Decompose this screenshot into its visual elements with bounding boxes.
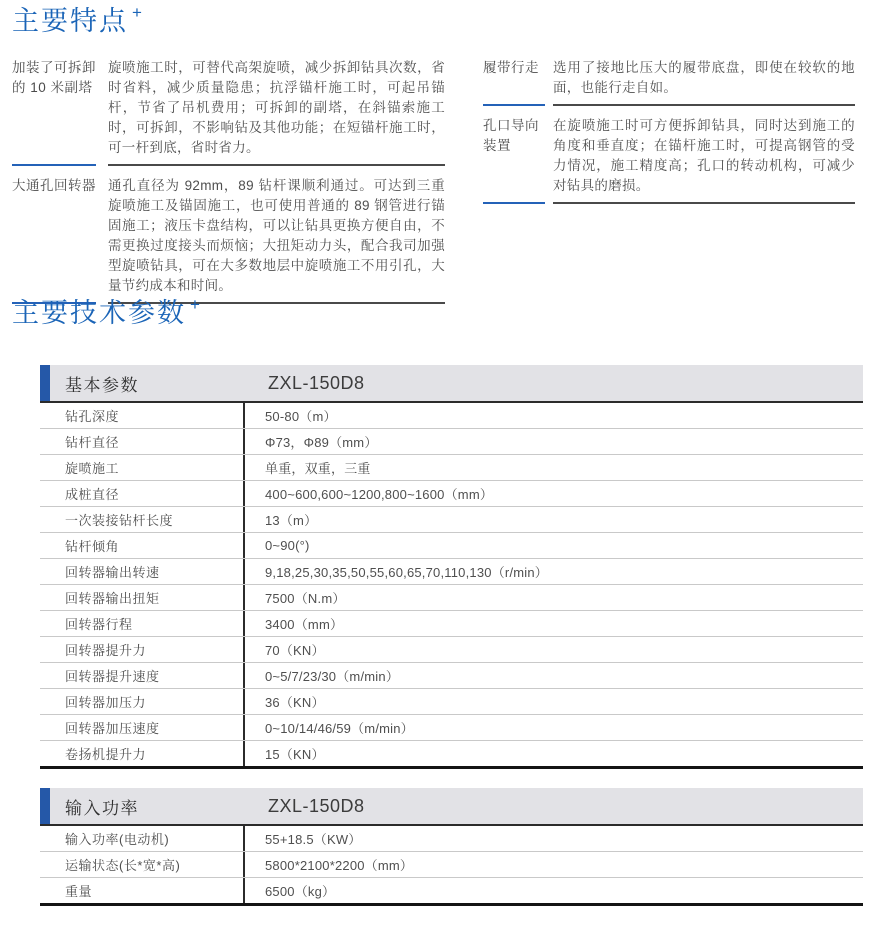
specs-section-title-wrap: 主要技术参数+ — [12, 298, 200, 328]
spec-value: 13（m） — [243, 507, 863, 532]
feature-text: 在旋喷施工时可方便拆卸钻具，同时达到施工的角度和垂直度；在锚杆施工时，可提高钢管… — [553, 116, 855, 204]
spec-value: 36（KN） — [243, 689, 863, 714]
spec-name: 回转器提升力 — [40, 637, 243, 662]
spec-name: 回转器行程 — [40, 611, 243, 636]
spec-value: 3400（mm） — [243, 611, 863, 636]
spec-name: 重量 — [40, 878, 243, 903]
plus-icon: + — [132, 3, 142, 22]
basic-parameters-table: 基本参数 ZXL-150D8 钻孔深度 50-80（m） 钻杆直径 Φ73，Φ8… — [40, 365, 863, 769]
spec-value: 9,18,25,30,35,50,55,60,65,70,110,130（r/m… — [243, 559, 863, 584]
spec-name: 回转器加压力 — [40, 689, 243, 714]
spec-name: 钻孔深度 — [40, 403, 243, 428]
spec-name: 回转器输出扭矩 — [40, 585, 243, 610]
table-row: 一次装接钻杆长度 13（m） — [40, 507, 863, 533]
feature-block-crawler-travel: 履带行走 选用了接地比压大的履带底盘，即使在较软的地面，也能行走自如。 — [483, 58, 855, 106]
specs-section-title: 主要技术参数 — [12, 298, 186, 328]
spec-name: 钻杆直径 — [40, 429, 243, 454]
table-header: 输入功率 ZXL-150D8 — [40, 788, 863, 826]
feature-text: 选用了接地比压大的履带底盘，即使在较软的地面，也能行走自如。 — [553, 58, 855, 106]
table-row: 回转器行程 3400（mm） — [40, 611, 863, 637]
spec-value: 0~90(°) — [243, 533, 863, 558]
table-row: 运输状态(长*宽*高) 5800*2100*2200（mm） — [40, 852, 863, 878]
spec-value: 55+18.5（KW） — [243, 826, 863, 851]
table-row: 回转器输出扭矩 7500（N.m） — [40, 585, 863, 611]
feature-label: 履带行走 — [483, 58, 545, 106]
spec-value: 单重，双重，三重 — [243, 455, 863, 480]
table-header: 基本参数 ZXL-150D8 — [40, 365, 863, 403]
feature-label: 加装了可拆卸的 10 米副塔 — [12, 58, 96, 166]
feature-label: 大通孔回转器 — [12, 176, 96, 304]
spec-value: Φ73，Φ89（mm） — [243, 429, 863, 454]
table-row: 钻杆直径 Φ73，Φ89（mm） — [40, 429, 863, 455]
spec-name: 回转器提升速度 — [40, 663, 243, 688]
table-row: 回转器提升力 70（KN） — [40, 637, 863, 663]
model-label: ZXL-150D8 — [268, 796, 365, 817]
header-accent-bar — [40, 365, 50, 401]
spec-value: 5800*2100*2200（mm） — [243, 852, 863, 877]
spec-value: 50-80（m） — [243, 403, 863, 428]
feature-text: 旋喷施工时，可替代高架旋喷，减少拆卸钻具次数，省时省料，减少质量隐患；抗浮锚杆施… — [108, 58, 445, 166]
features-section-title-wrap: 主要特点+ — [12, 6, 142, 36]
table-title: 基本参数 — [65, 371, 243, 396]
table-row: 回转器输出转速 9,18,25,30,35,50,55,60,65,70,110… — [40, 559, 863, 585]
spec-name: 一次装接钻杆长度 — [40, 507, 243, 532]
spec-value: 7500（N.m） — [243, 585, 863, 610]
spec-value: 70（KN） — [243, 637, 863, 662]
feature-block-hole-guide: 孔口导向装置 在旋喷施工时可方便拆卸钻具，同时达到施工的角度和垂直度；在锚杆施工… — [483, 116, 855, 204]
features-section-title: 主要特点 — [12, 6, 128, 36]
model-label: ZXL-150D8 — [268, 373, 365, 394]
spec-name: 旋喷施工 — [40, 455, 243, 480]
plus-icon: + — [190, 295, 200, 314]
spec-name: 输入功率(电动机) — [40, 826, 243, 851]
feature-label: 孔口导向装置 — [483, 116, 545, 204]
table-row: 回转器加压力 36（KN） — [40, 689, 863, 715]
table-row: 卷扬机提升力 15（KN） — [40, 741, 863, 766]
features-column-right: 履带行走 选用了接地比压大的履带底盘，即使在较软的地面，也能行走自如。 孔口导向… — [483, 58, 855, 314]
feature-block-sub-tower: 加装了可拆卸的 10 米副塔 旋喷施工时，可替代高架旋喷，减少拆卸钻具次数，省时… — [12, 58, 445, 166]
table-row: 回转器提升速度 0~5/7/23/30（m/min） — [40, 663, 863, 689]
spec-name: 成桩直径 — [40, 481, 243, 506]
spec-value: 400~600,600~1200,800~1600（mm） — [243, 481, 863, 506]
table-title: 输入功率 — [65, 794, 243, 819]
feature-text: 通孔直径为 92mm，89 钻杆课顺利通过。可达到三重旋喷施工及锚固施工，也可使… — [108, 176, 445, 304]
feature-block-large-bore-rotator: 大通孔回转器 通孔直径为 92mm，89 钻杆课顺利通过。可达到三重旋喷施工及锚… — [12, 176, 445, 304]
input-power-table: 输入功率 ZXL-150D8 输入功率(电动机) 55+18.5（KW） 运输状… — [40, 788, 863, 906]
table-row: 成桩直径 400~600,600~1200,800~1600（mm） — [40, 481, 863, 507]
table-body: 钻孔深度 50-80（m） 钻杆直径 Φ73，Φ89（mm） 旋喷施工 单重，双… — [40, 403, 863, 769]
table-body: 输入功率(电动机) 55+18.5（KW） 运输状态(长*宽*高) 5800*2… — [40, 826, 863, 906]
spec-value: 15（KN） — [243, 741, 863, 766]
spec-value: 6500（kg） — [243, 878, 863, 903]
table-row: 钻孔深度 50-80（m） — [40, 403, 863, 429]
table-row: 旋喷施工 单重，双重，三重 — [40, 455, 863, 481]
spec-name: 运输状态(长*宽*高) — [40, 852, 243, 877]
spec-value: 0~10/14/46/59（m/min） — [243, 715, 863, 740]
spec-name: 回转器加压速度 — [40, 715, 243, 740]
features-column-left: 加装了可拆卸的 10 米副塔 旋喷施工时，可替代高架旋喷，减少拆卸钻具次数，省时… — [12, 58, 445, 314]
table-row: 钻杆倾角 0~90(°) — [40, 533, 863, 559]
table-row: 重量 6500（kg） — [40, 878, 863, 903]
header-accent-bar — [40, 788, 50, 824]
spec-name: 钻杆倾角 — [40, 533, 243, 558]
spec-name: 回转器输出转速 — [40, 559, 243, 584]
features-grid: 加装了可拆卸的 10 米副塔 旋喷施工时，可替代高架旋喷，减少拆卸钻具次数，省时… — [12, 58, 857, 314]
spec-name: 卷扬机提升力 — [40, 741, 243, 766]
table-row: 输入功率(电动机) 55+18.5（KW） — [40, 826, 863, 852]
spec-value: 0~5/7/23/30（m/min） — [243, 663, 863, 688]
table-row: 回转器加压速度 0~10/14/46/59（m/min） — [40, 715, 863, 741]
